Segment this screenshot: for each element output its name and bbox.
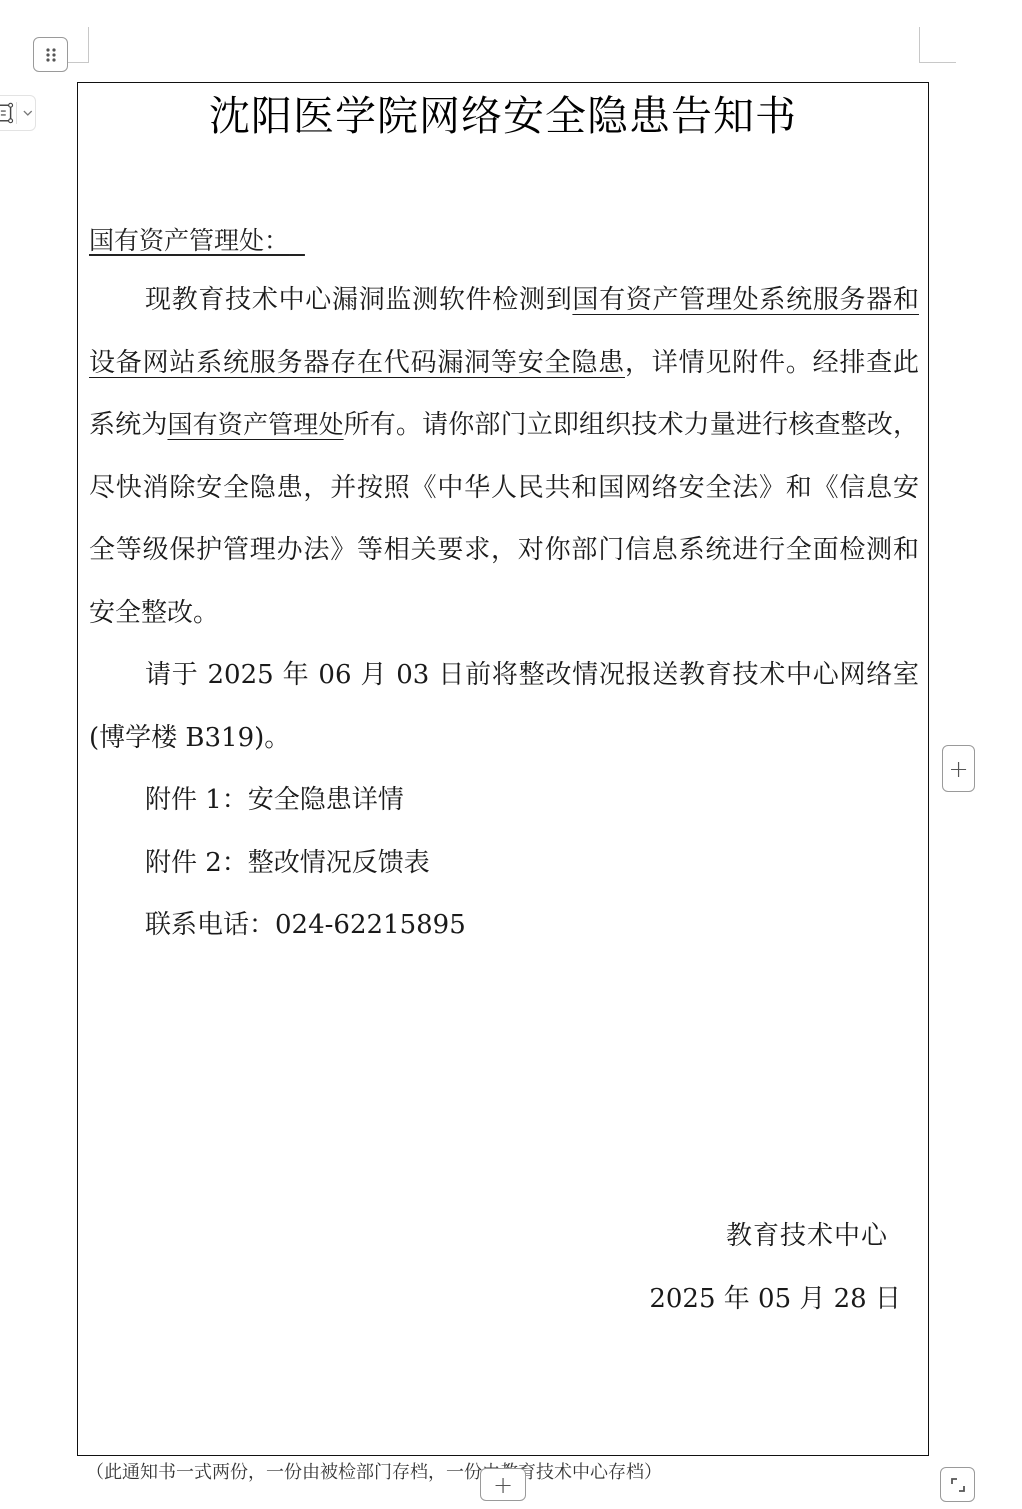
paragraph1-part3: 所有。请你部门立即组织技术力量进行核查整改，尽快消除安全隐患，并按照《中华人民共…	[89, 410, 919, 628]
deadline-paragraph: 请于 2025 年 06 月 03 日前将整改情况报送教育技术中心网络室(博学楼…	[89, 644, 919, 769]
attachment-2: 附件 2：整改情况反馈表	[145, 832, 466, 895]
document-text-frame[interactable]: 沈阳医学院网络安全隐患告知书 国有资产管理处： 现教育技术中心漏洞监测软件检测到…	[77, 82, 929, 1456]
add-block-right-button[interactable]: +	[942, 745, 975, 792]
attachments-block: 附件 1：安全隐患详情 附件 2：整改情况反馈表 联系电话：024-622158…	[145, 769, 466, 957]
fit-page-button[interactable]	[940, 1467, 975, 1502]
contact-phone: 联系电话：024-62215895	[145, 894, 466, 957]
fit-corners-icon	[950, 1477, 966, 1493]
add-block-bottom-button[interactable]: +	[480, 1468, 526, 1501]
margin-mark-top-right	[919, 27, 956, 63]
chevron-down-icon[interactable]	[21, 106, 35, 120]
block-drag-handle[interactable]	[33, 37, 68, 72]
body-paragraph-1: 现教育技术中心漏洞监测软件检测到国有资产管理处系统服务器和设备网站系统服务器存在…	[89, 269, 919, 644]
grip-dots-icon	[44, 47, 58, 63]
attachment-1: 附件 1：安全隐患详情	[145, 769, 466, 832]
plus-icon: +	[948, 757, 968, 781]
footnote: （此通知书一式两份，一份由被检部门存档，一份由教育技术中心存档）	[86, 1460, 662, 1486]
frame-toolbar[interactable]	[0, 95, 36, 131]
recipient-text: 国有资产管理处：	[89, 226, 289, 255]
signature-date: 2025 年 05 月 28 日	[649, 1274, 901, 1324]
paragraph1-part1: 现教育技术中心漏洞监测软件检测到	[145, 285, 572, 315]
plus-icon: +	[493, 1473, 513, 1497]
body-paragraph-2: 请于 2025 年 06 月 03 日前将整改情况报送教育技术中心网络室(博学楼…	[89, 644, 919, 769]
signature-organization: 教育技术中心	[726, 1211, 888, 1261]
document-title: 沈阳医学院网络安全隐患告知书	[78, 89, 928, 143]
recipient-line: 国有资产管理处：	[89, 219, 305, 263]
owner-department-underlined: 国有资产管理处	[167, 410, 343, 439]
toolbar-divider	[16, 102, 17, 124]
frame-select-icon[interactable]	[0, 101, 16, 125]
